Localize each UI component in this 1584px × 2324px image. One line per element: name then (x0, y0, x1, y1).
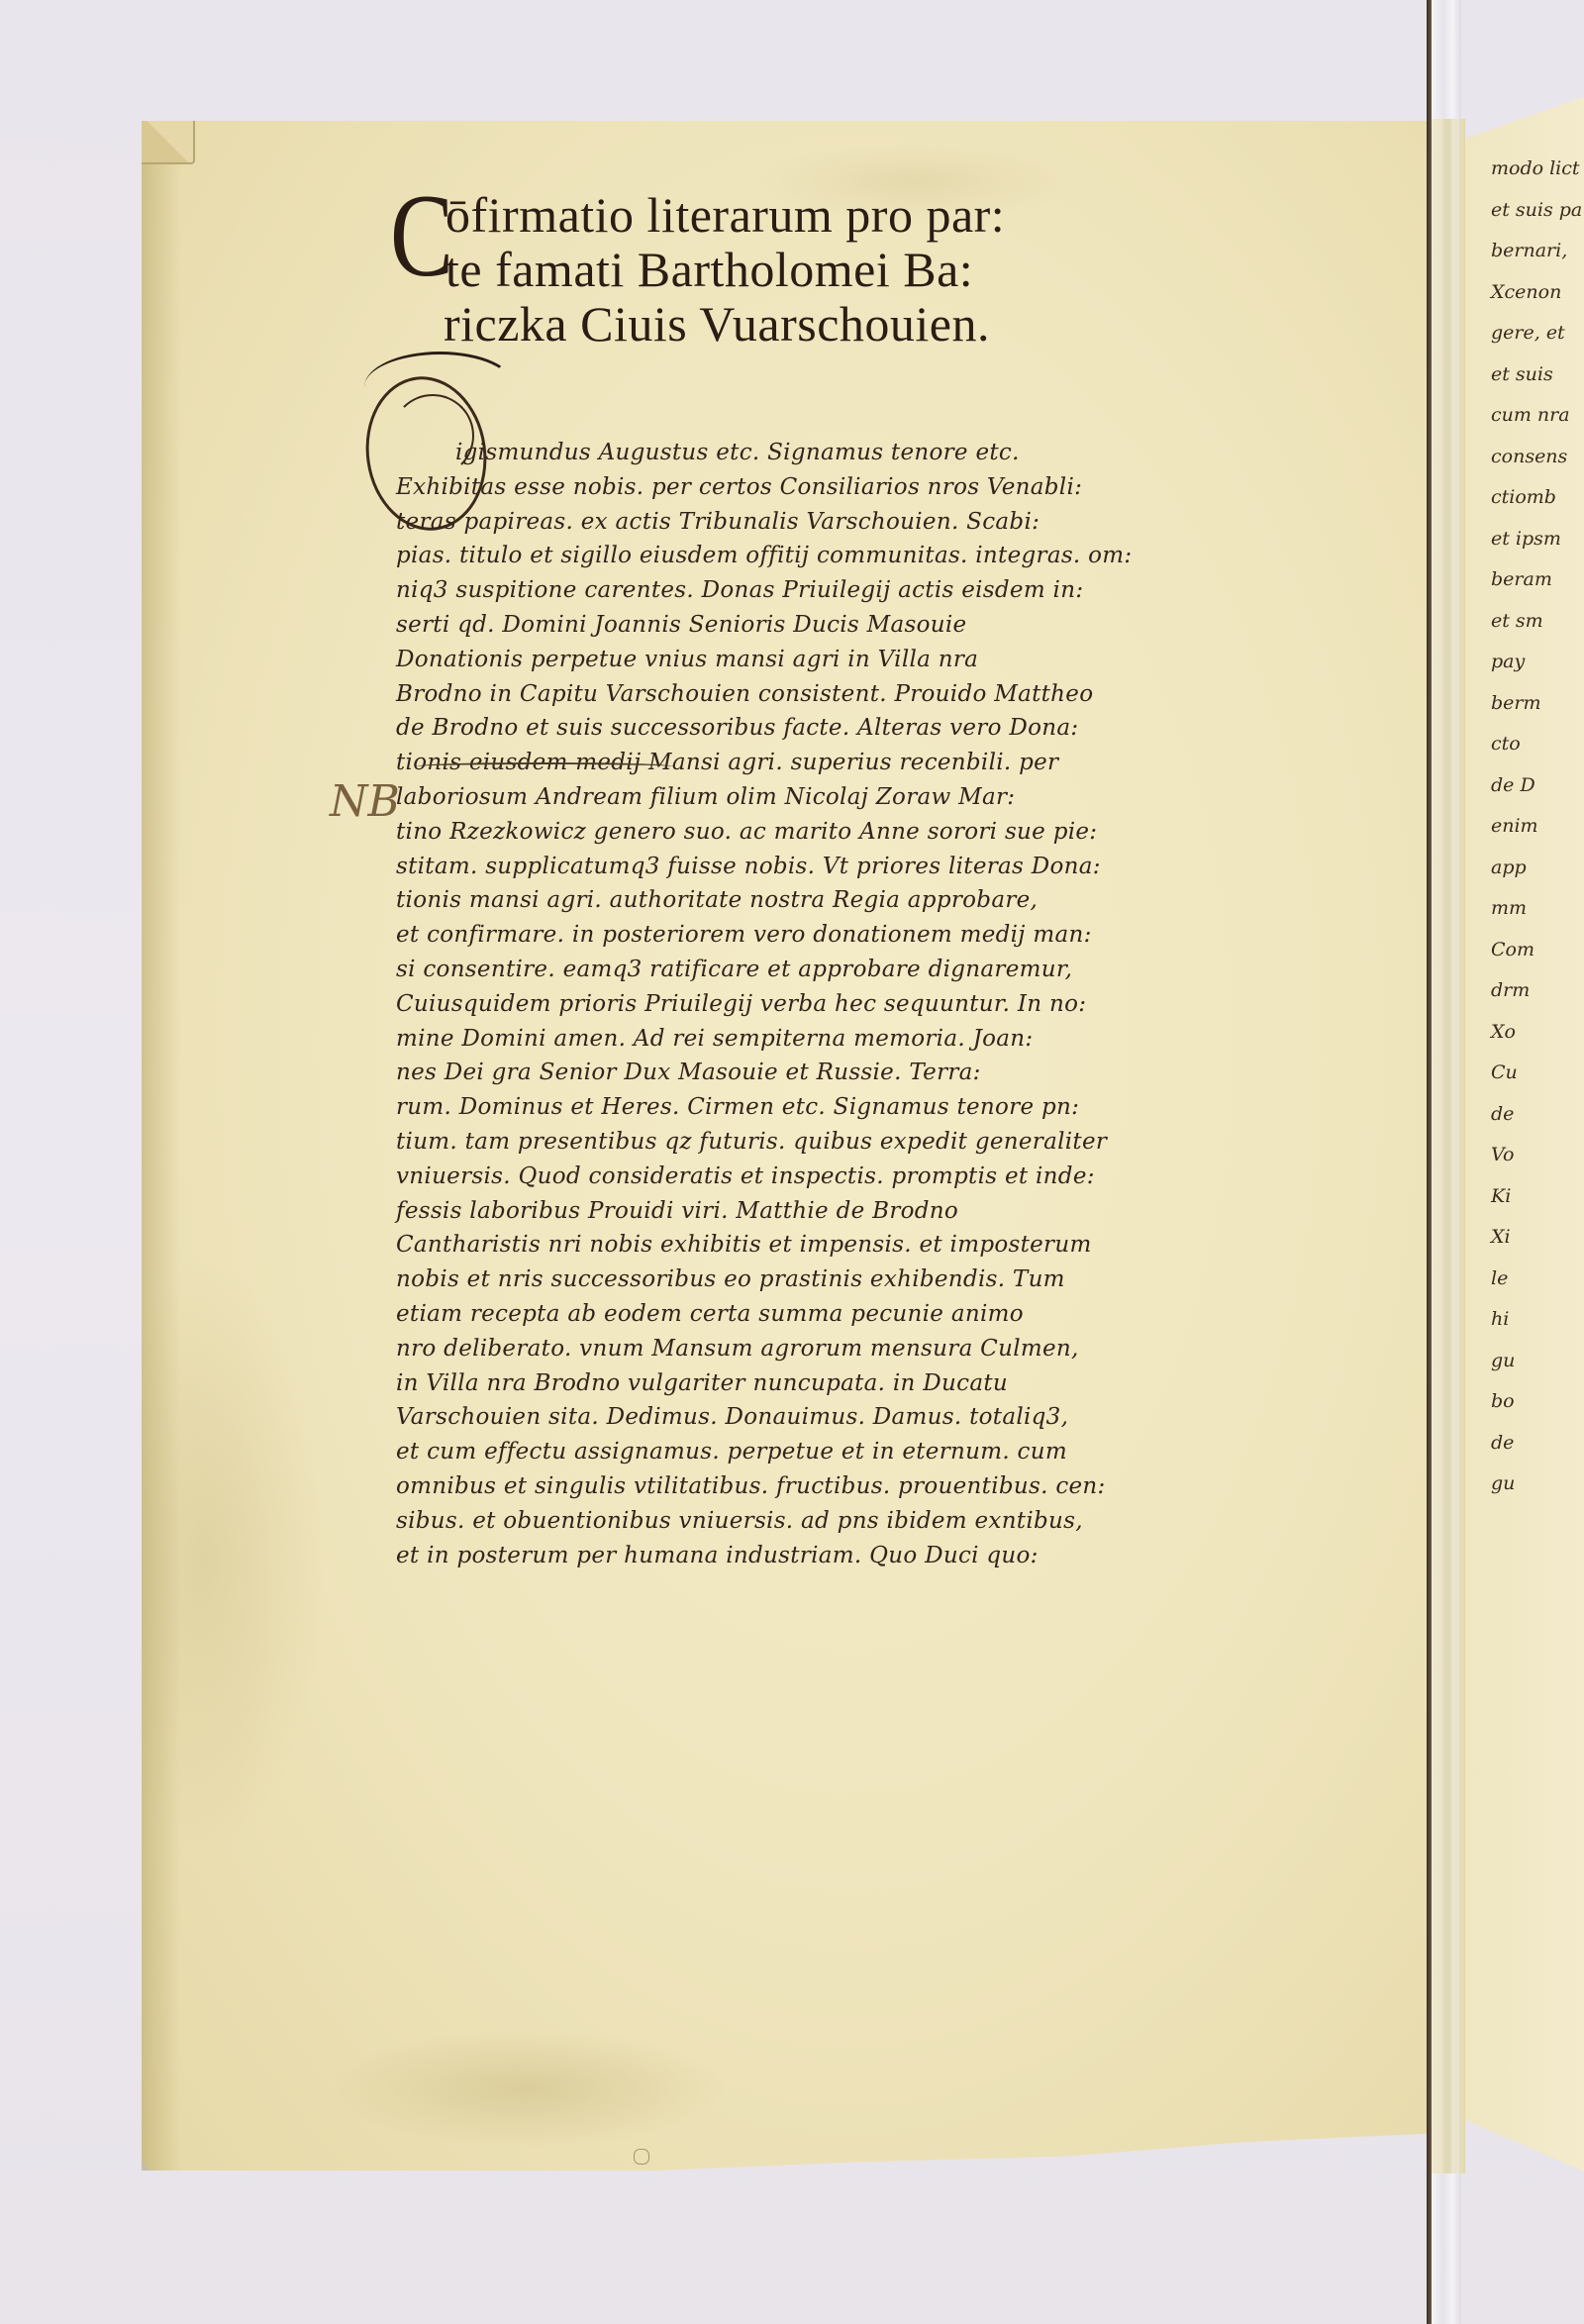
manuscript-line: igismundus Augustus etc. Signamus tenore… (455, 436, 1287, 470)
manuscript-line: laboriosum Andream filium olim Nicolaj Z… (396, 780, 1287, 815)
facing-page-line: Vo (1491, 1135, 1584, 1176)
facing-page-line: Cu (1491, 1053, 1584, 1094)
facing-page-line: gu (1491, 1464, 1584, 1505)
manuscript-line: Exhibitas esse nobis. per certos Consili… (396, 470, 1287, 505)
manuscript-line: Brodno in Capitu Varschouien consistent.… (396, 677, 1287, 712)
glass-plate-edge (1432, 0, 1461, 2324)
manuscript-line: tino Rzezkowicz genero suo. ac marito An… (396, 815, 1287, 850)
facing-page-line: cum nra (1491, 395, 1584, 437)
manuscript-line: sibus. et obuentionibus vniuersis. ad pn… (396, 1504, 1287, 1539)
facing-page-line: drm (1491, 970, 1584, 1012)
facing-page-line: bernari, (1491, 231, 1584, 272)
facing-page-line: Xcenon (1491, 272, 1584, 314)
manuscript-line: et in posterum per humana industriam. Qu… (396, 1539, 1287, 1573)
manuscript-line: rum. Dominus et Heres. Cirmen etc. Signa… (396, 1090, 1287, 1125)
facing-page-line: hi (1491, 1299, 1584, 1341)
facing-page-line: ctiomb (1491, 477, 1584, 519)
facing-page-line: et sm (1491, 601, 1584, 643)
facing-page-line: app (1491, 848, 1584, 889)
facing-page-line: de (1491, 1094, 1584, 1136)
facing-page-line: gere, et (1491, 313, 1584, 354)
facing-page-line: mm (1491, 888, 1584, 930)
underline-stroke (416, 762, 673, 770)
facing-page-line: Xo (1491, 1012, 1584, 1054)
facing-page-line: Ki (1491, 1176, 1584, 1218)
manuscript-line: in Villa nra Brodno vulgariter nuncupata… (396, 1366, 1287, 1401)
manuscript-line: nro deliberato. vnum Mansum agrorum mens… (396, 1332, 1287, 1366)
manuscript-line: tium. tam presentibus qz futuris. quibus… (396, 1125, 1287, 1160)
heading-line: ōfirmatio literarum pro par: (445, 188, 1336, 243)
manuscript-line: Donationis perpetue vnius mansi agri in … (396, 643, 1287, 677)
facing-page-line: cto (1491, 724, 1584, 765)
facing-page-line: enim (1491, 806, 1584, 848)
manuscript-line: teras papireas. ex actis Tribunalis Vars… (396, 505, 1287, 540)
facing-page-recto: modo lictet suis pabernari,Xcenongere, e… (1465, 97, 1584, 2172)
manuscript-line: tionis mansi agri. authoritate nostra Re… (396, 883, 1287, 918)
facing-page-line: bo (1491, 1381, 1584, 1423)
heading-line: riczka Ciuis Vuarschouien. (444, 297, 1336, 352)
facing-page-line: beram (1491, 559, 1584, 601)
facing-page-line: et suis (1491, 354, 1584, 396)
manuscript-line: et cum effectu assignamus. perpetue et i… (396, 1435, 1287, 1469)
manuscript-line: nes Dei gra Senior Dux Masouie et Russie… (396, 1056, 1287, 1090)
manuscript-line: vniuersis. Quod consideratis et inspecti… (396, 1160, 1287, 1194)
facing-page-line: modo lict (1491, 149, 1584, 190)
manuscript-line: Varschouien sita. Dedimus. Donauimus. Da… (396, 1400, 1287, 1435)
manuscript-line: si consentire. eamq3 ratificare et appro… (396, 953, 1287, 987)
heading-line: te famati Bartholomei Ba: (445, 243, 1336, 297)
manuscript-line: de Brodno et suis successoribus facte. A… (396, 711, 1287, 746)
manuscript-line: mine Domini amen. Ad rei sempiterna memo… (396, 1022, 1287, 1057)
folded-corner (142, 121, 195, 164)
manuscript-line: serti qd. Domini Joannis Senioris Ducis … (396, 608, 1287, 643)
manuscript-line: etiam recepta ab eodem certa summa pecun… (396, 1297, 1287, 1332)
facing-page-line: pay (1491, 642, 1584, 683)
ink-smudge (634, 2149, 649, 2165)
manuscript-line: pias. titulo et sigillo eiusdem offitij … (396, 539, 1287, 573)
manuscript-line: Cuiusquidem prioris Priuilegij verba hec… (396, 987, 1287, 1022)
facing-page-line: Com (1491, 930, 1584, 971)
manuscript-line: fessis laboribus Prouidi viri. Matthie d… (396, 1194, 1287, 1229)
facing-page-line: le (1491, 1259, 1584, 1300)
facing-page-line: de D (1491, 765, 1584, 807)
facing-page-line: de (1491, 1423, 1584, 1465)
facing-page-line: berm (1491, 683, 1584, 725)
manuscript-line: stitam. supplicatumq3 fuisse nobis. Vt p… (396, 850, 1287, 884)
manuscript-line: omnibus et singulis vtilitatibus. fructi… (396, 1469, 1287, 1504)
manuscript-line: nobis et nris successoribus eo prastinis… (396, 1263, 1287, 1297)
facing-page-text: modo lictet suis pabernari,Xcenongere, e… (1491, 149, 1584, 1505)
manuscript-line: Cantharistis nri nobis exhibitis et impe… (396, 1228, 1287, 1263)
facing-page-line: gu (1491, 1341, 1584, 1382)
manuscript-line: niq3 suspitione carentes. Donas Priuileg… (396, 573, 1287, 608)
facing-page-line: Xi (1491, 1217, 1584, 1259)
margin-note-nota-bene: NB (330, 780, 400, 824)
manuscript-line: et confirmare. in posteriorem vero donat… (396, 918, 1287, 953)
document-body: igismundus Augustus etc. Signamus tenore… (396, 436, 1287, 1572)
binding-gutter (1427, 0, 1432, 2324)
heading-initial-letter: C (390, 176, 453, 295)
facing-page-line: et suis pa (1491, 190, 1584, 232)
facing-page-line: et ipsm (1491, 519, 1584, 560)
document-heading: ōfirmatio literarum pro par: te famati B… (445, 188, 1336, 352)
facing-page-line: consens (1491, 437, 1584, 478)
